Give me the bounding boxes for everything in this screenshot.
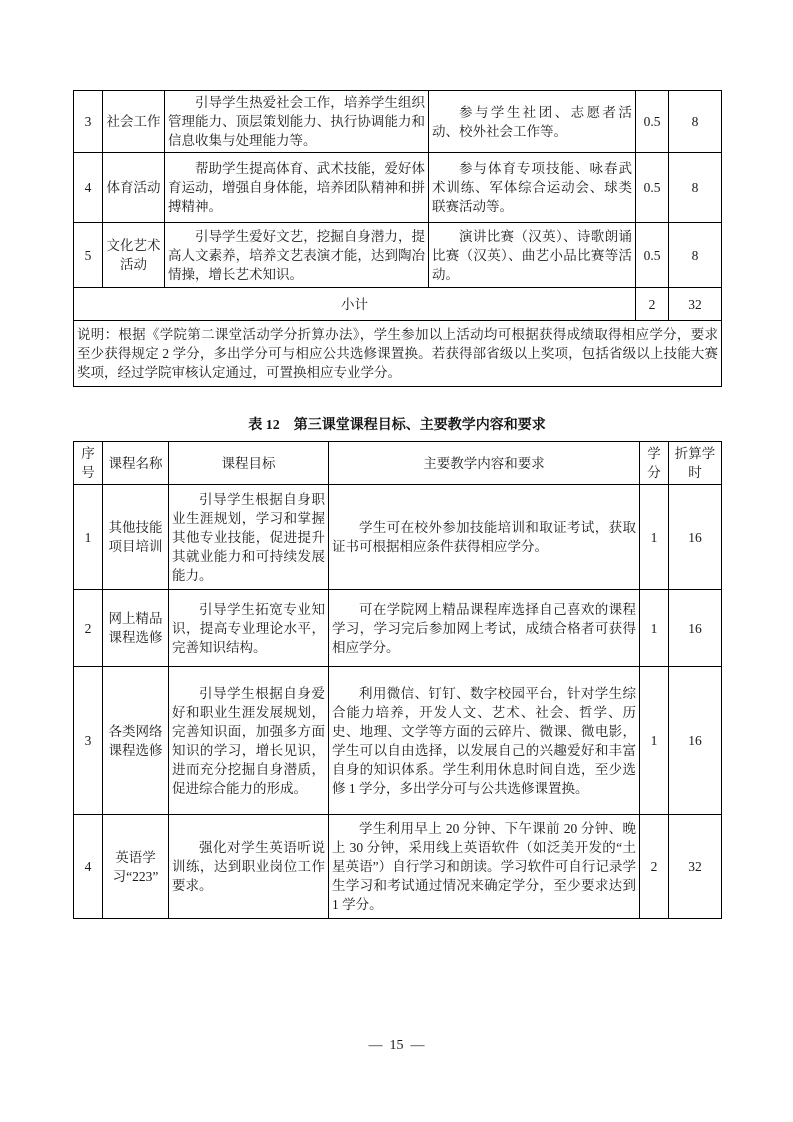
credit-cell: 0.5	[636, 91, 669, 153]
credit-cell: 0.5	[636, 223, 669, 288]
credit-cell: 1	[640, 590, 669, 667]
subtotal-hours-cell: 32	[669, 288, 722, 321]
seq-cell: 3	[74, 667, 103, 815]
seq-cell: 1	[74, 485, 103, 590]
teaching-content-cell: 参与学生社团、志愿者活动、校外社会工作等。	[429, 91, 636, 153]
course-name-cell: 网上精品课程选修	[103, 590, 169, 667]
teaching-content-cell: 学生可在校外参加技能培训和取证考试，获取证书可根据相应条件获得相应学分。	[329, 485, 640, 590]
table-row: 4 英语学习“223” 强化对学生英语听说训练，达到职业岗位工作要求。 学生利用…	[74, 815, 722, 919]
course-objective-cell: 引导学生拓宽专业知识，提高专业理论水平，完善知识结构。	[169, 590, 329, 667]
table-row: 1 其他技能项目培训 引导学生根据自身职业生涯规划，学习和掌握其他专业技能，促进…	[74, 485, 722, 590]
header-hours: 折算学时	[669, 442, 722, 485]
teaching-content-cell: 演讲比赛（汉英）、诗歌朗诵比赛（汉英）、曲艺小品比赛等活动。	[429, 223, 636, 288]
seq-cell: 5	[74, 223, 103, 288]
course-objective-cell: 引导学生爱好文艺，挖掘自身潜力，提高人文素养，培养文艺表演才能，达到陶冶情操，增…	[165, 223, 429, 288]
subtotal-credit-cell: 2	[636, 288, 669, 321]
note-cell: 说明：根据《学院第二课堂活动学分折算办法》，学生参加以上活动均可根据获得成绩取得…	[74, 321, 722, 387]
course-name-cell: 英语学习“223”	[103, 815, 169, 919]
teaching-content-cell: 参与体育专项技能、咏春武术训练、军体综合运动会、球类联赛活动等。	[429, 153, 636, 223]
credit-cell: 1	[640, 667, 669, 815]
course-objective-cell: 引导学生热爱社会工作，培养学生组织管理能力、顶层策划能力、执行协调能力和信息收集…	[165, 91, 429, 153]
course-name-cell: 文化艺术活动	[103, 223, 165, 288]
hours-cell: 8	[669, 91, 722, 153]
course-name-cell: 社会工作	[103, 91, 165, 153]
header-course-name: 课程名称	[103, 442, 169, 485]
table-row: 5 文化艺术活动 引导学生爱好文艺，挖掘自身潜力，提高人文素养，培养文艺表演才能…	[74, 223, 722, 288]
page-number: — 15 —	[0, 1038, 793, 1054]
teaching-content-cell: 学生利用早上 20 分钟、下午课前 20 分钟、晚上 30 分钟，采用线上英语软…	[329, 815, 640, 919]
table-row: 2 网上精品课程选修 引导学生拓宽专业知识，提高专业理论水平，完善知识结构。 可…	[74, 590, 722, 667]
seq-cell: 4	[74, 815, 103, 919]
subtotal-label-cell: 小计	[74, 288, 636, 321]
header-seq: 序号	[74, 442, 103, 485]
hours-cell: 32	[669, 815, 722, 919]
course-objective-cell: 引导学生根据自身爱好和职业生涯发展规划，完善知识面，加强多方面知识的学习，增长见…	[169, 667, 329, 815]
subtotal-row: 小计 2 32	[74, 288, 722, 321]
header-course-objective: 课程目标	[169, 442, 329, 485]
seq-cell: 3	[74, 91, 103, 153]
header-teaching-content: 主要教学内容和要求	[329, 442, 640, 485]
seq-cell: 2	[74, 590, 103, 667]
hours-cell: 8	[669, 223, 722, 288]
course-name-cell: 其他技能项目培训	[103, 485, 169, 590]
header-row: 序号 课程名称 课程目标 主要教学内容和要求 学分 折算学时	[74, 442, 722, 485]
course-objective-cell: 引导学生根据自身职业生涯规划，学习和掌握其他专业技能，促进提升其就业能力和可持续…	[169, 485, 329, 590]
course-name-cell: 各类网络课程选修	[103, 667, 169, 815]
teaching-content-cell: 利用微信、钉钉、数字校园平台，针对学生综合能力培养，开发人文、艺术、社会、哲学、…	[329, 667, 640, 815]
credit-cell: 1	[640, 485, 669, 590]
table12-title: 表 12 第三课堂课程目标、主要教学内容和要求	[73, 414, 721, 434]
teaching-content-cell: 可在学院网上精品课程库选择自己喜欢的课程学习，学习完后参加网上考试，成绩合格者可…	[329, 590, 640, 667]
seq-cell: 4	[74, 153, 103, 223]
course-name-cell: 体育活动	[103, 153, 165, 223]
table-row: 4 体育活动 帮助学生提高体育、武术技能，爱好体育运动，增强自身体能，培养团队精…	[74, 153, 722, 223]
second-classroom-activities-table: 3 社会工作 引导学生热爱社会工作，培养学生组织管理能力、顶层策划能力、执行协调…	[73, 90, 722, 387]
table-row: 3 各类网络课程选修 引导学生根据自身爱好和职业生涯发展规划，完善知识面，加强多…	[74, 667, 722, 815]
note-row: 说明：根据《学院第二课堂活动学分折算办法》，学生参加以上活动均可根据获得成绩取得…	[74, 321, 722, 387]
table-row: 3 社会工作 引导学生热爱社会工作，培养学生组织管理能力、顶层策划能力、执行协调…	[74, 91, 722, 153]
course-objective-cell: 强化对学生英语听说训练，达到职业岗位工作要求。	[169, 815, 329, 919]
header-credit: 学分	[640, 442, 669, 485]
third-classroom-courses-table: 序号 课程名称 课程目标 主要教学内容和要求 学分 折算学时 1 其他技能项目培…	[73, 441, 722, 919]
credit-cell: 2	[640, 815, 669, 919]
hours-cell: 16	[669, 667, 722, 815]
credit-cell: 0.5	[636, 153, 669, 223]
course-objective-cell: 帮助学生提高体育、武术技能，爱好体育运动，增强自身体能，培养团队精神和拼搏精神。	[165, 153, 429, 223]
hours-cell: 16	[669, 590, 722, 667]
hours-cell: 16	[669, 485, 722, 590]
hours-cell: 8	[669, 153, 722, 223]
document-page: 3 社会工作 引导学生热爱社会工作，培养学生组织管理能力、顶层策划能力、执行协调…	[0, 0, 793, 1122]
